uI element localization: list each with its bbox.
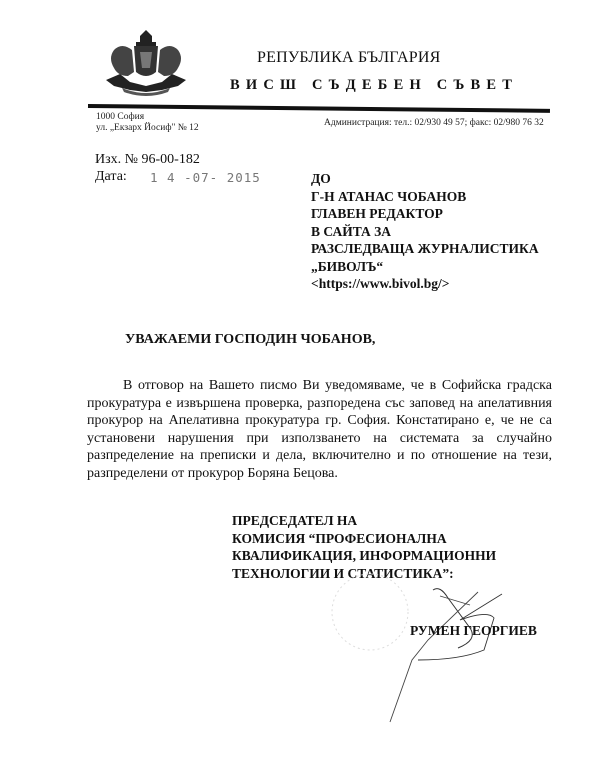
date-label: Дата: [95,169,127,185]
address-line-2: ул. „Екзарх Йосиф" № 12 [96,123,199,134]
signer-name: РУМЕН ГЕОРГИЕВ [410,623,537,639]
signer-title-block: ПРЕДСЕДАТЕЛ НА КОМИСИЯ “ПРОФЕСИОНАЛНА КВ… [232,512,496,582]
recipient-line: „БИВОЛЪ“ [311,258,539,276]
recipient-url: <https://www.bivol.bg/> [311,275,539,293]
recipient-line: ДО [311,170,539,188]
address-line-1: 1000 София [96,112,144,123]
recipient-line: РАЗСЛЕДВАЩА ЖУРНАЛИСТИКА [311,240,539,258]
signer-title-line: КВАЛИФИКАЦИЯ, ИНФОРМАЦИОННИ [232,547,496,565]
recipient-line: ГЛАВЕН РЕДАКТОР [311,205,539,223]
letterhead-country: РЕПУБЛИКА БЪЛГАРИЯ [257,49,441,67]
signer-title-line: КОМИСИЯ “ПРОФЕСИОНАЛНА [232,530,496,548]
letterhead-divider [88,104,550,113]
outgoing-number: Изх. № 96-00-182 [95,152,200,168]
letterhead-institution: ВИСШ СЪДЕБЕН СЪВЕТ [230,77,518,94]
signer-title-line: ТЕХНОЛОГИИ И СТАТИСТИКА”: [232,565,496,583]
greeting: УВАЖАЕМИ ГОСПОДИН ЧОБАНОВ, [125,332,375,348]
signer-title-line: ПРЕДСЕДАТЕЛ НА [232,512,496,530]
recipient-line: Г-Н АТАНАС ЧОБАНОВ [311,188,539,206]
administration-contacts: Администрация: тел.: 02/930 49 57; факс:… [324,118,544,128]
coat-of-arms-icon [100,28,192,98]
recipient-block: ДО Г-Н АТАНАС ЧОБАНОВ ГЛАВЕН РЕДАКТОР В … [311,170,539,293]
date-stamp: 1 4 -07- 2015 [150,170,261,185]
letter-body: В отговор на Вашето писмо Ви уведомяваме… [87,377,552,482]
recipient-line: В САЙТА ЗА [311,223,539,241]
